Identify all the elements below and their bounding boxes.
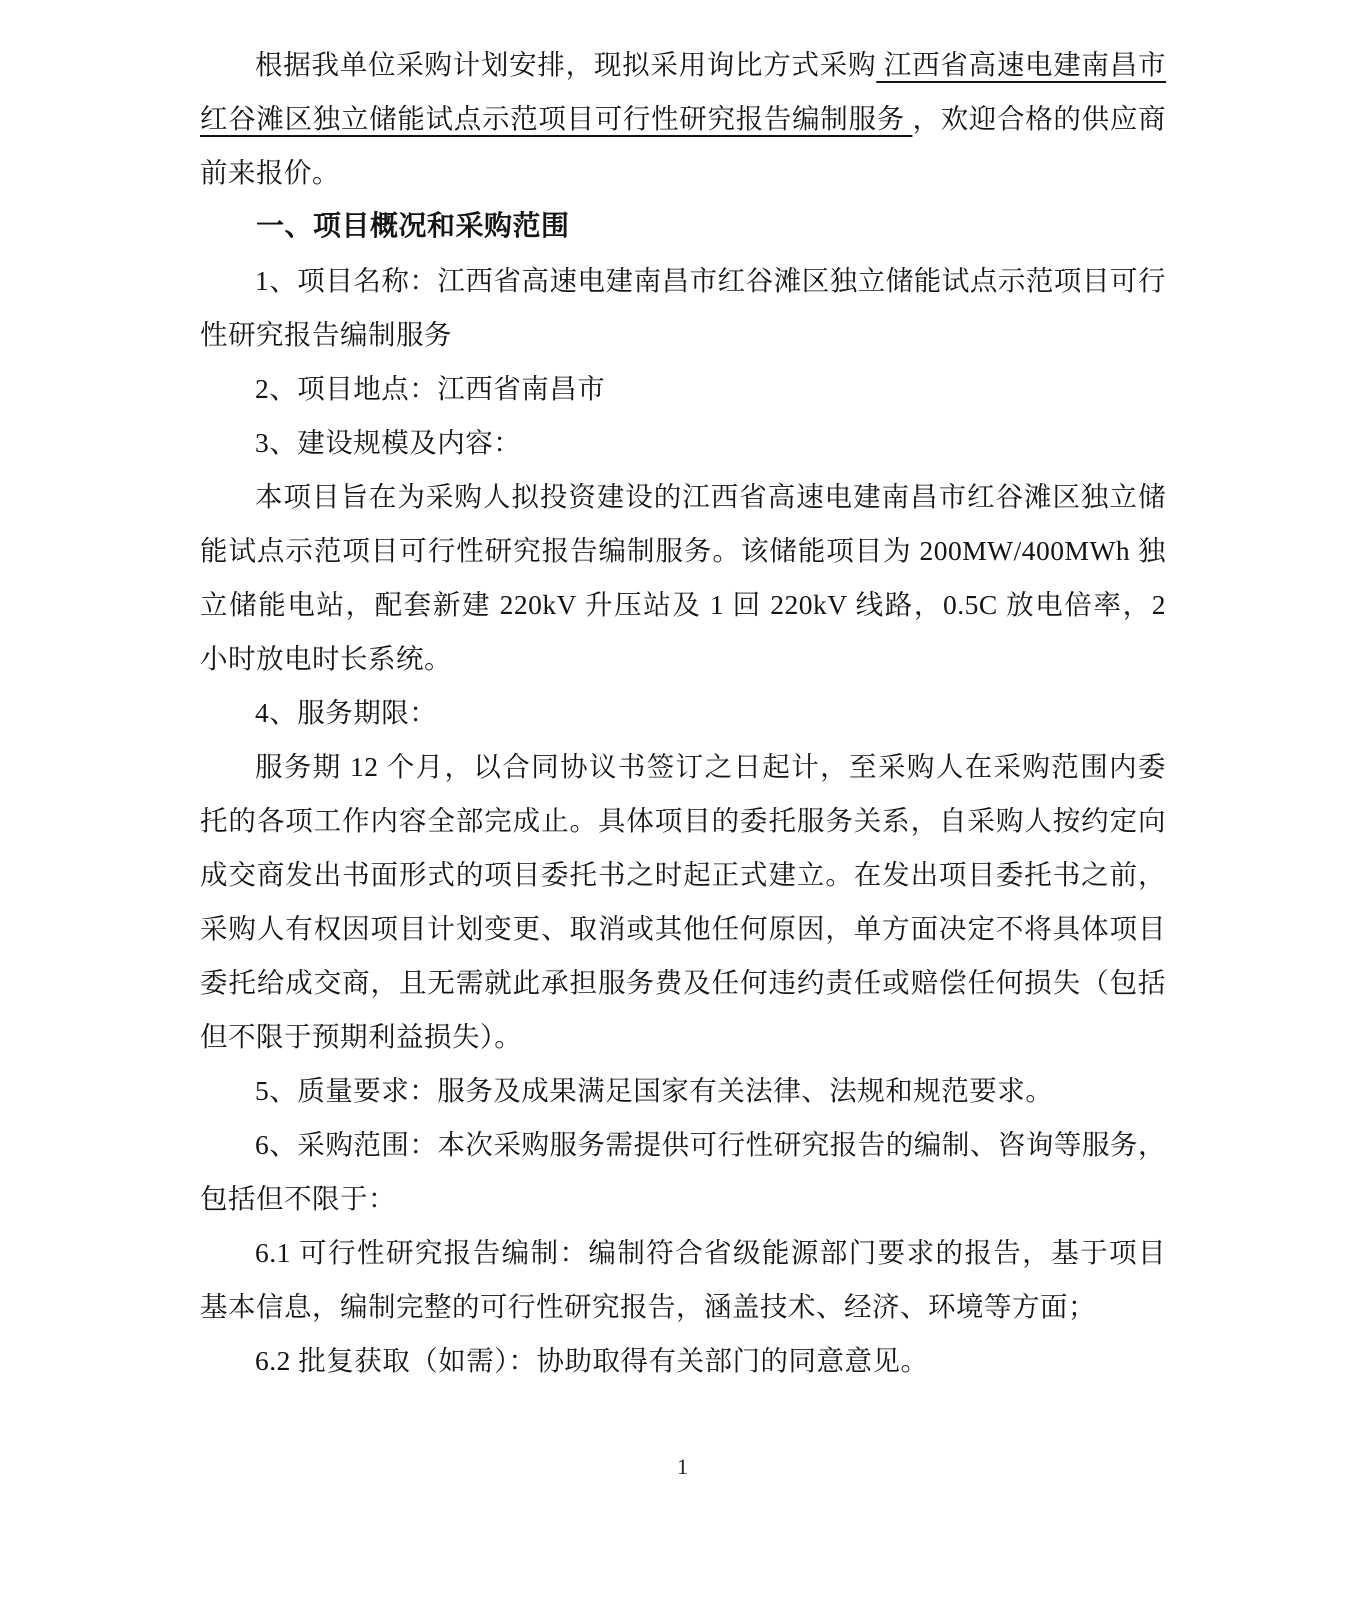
paragraph-project-location: 2、项目地点：江西省南昌市 (200, 362, 1166, 416)
paragraph-quality-requirement: 5、质量要求：服务及成果满足国家有关法律、法规和规范要求。 (200, 1064, 1166, 1118)
document-page: 根据我单位采购计划安排，现拟采用询比方式采购 江西省高速电建南昌市红谷滩区独立储… (0, 0, 1365, 1600)
document-body: 根据我单位采购计划安排，现拟采用询比方式采购 江西省高速电建南昌市红谷滩区独立储… (200, 38, 1166, 1388)
page-number: 1 (0, 1452, 1365, 1482)
paragraph-project-name: 1、项目名称：江西省高速电建南昌市红谷滩区独立储能试点示范项目可行性研究报告编制… (200, 254, 1166, 362)
paragraph-scope-item-6-1: 6.1 可行性研究报告编制：编制符合省级能源部门要求的报告，基于项目基本信息，编… (200, 1226, 1166, 1334)
paragraph-scope-item-6-2: 6.2 批复获取（如需）：协助取得有关部门的同意意见。 (200, 1334, 1166, 1388)
paragraph-procurement-scope: 6、采购范围：本次采购服务需提供可行性研究报告的编制、咨询等服务，包括但不限于： (200, 1118, 1166, 1226)
paragraph-service-period-label: 4、服务期限： (200, 686, 1166, 740)
paragraph-service-period-body: 服务期 12 个月，以合同协议书签订之日起计，至采购人在采购范围内委托的各项工作… (200, 740, 1166, 1064)
paragraph-scale-label: 3、建设规模及内容： (200, 416, 1166, 470)
intro-prefix: 根据我单位采购计划安排，现拟采用询比方式采购 (255, 49, 876, 80)
intro-paragraph: 根据我单位采购计划安排，现拟采用询比方式采购 江西省高速电建南昌市红谷滩区独立储… (200, 38, 1166, 200)
section-1-heading: 一、项目概况和采购范围 (200, 200, 1166, 254)
paragraph-scale-body: 本项目旨在为采购人拟投资建设的江西省高速电建南昌市红谷滩区独立储能试点示范项目可… (200, 470, 1166, 686)
